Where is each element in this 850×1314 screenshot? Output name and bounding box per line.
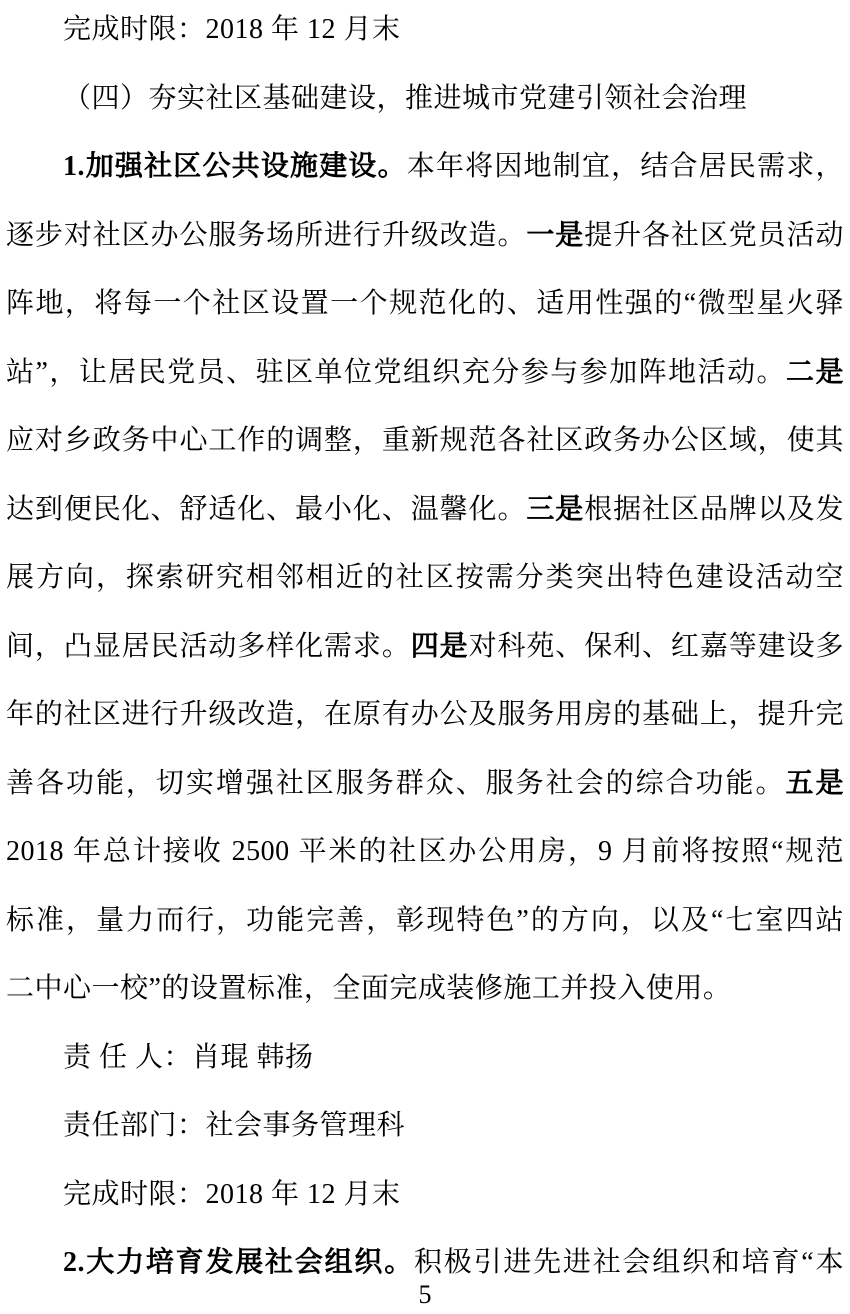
para1-line1: 1.加强社区公共设施建设。本年将因地制宜，结合居民需求， <box>6 133 844 202</box>
para1-line5: 应对乡政务中心工作的调整，重新规范各社区政务办公区域，使其 <box>6 407 844 476</box>
line-responsible-person: 责 任 人：肖琨 韩扬 <box>6 1024 844 1093</box>
text-run: 本年将因地制宜，结合居民需求， <box>407 151 844 182</box>
bold-text-run: 五是 <box>786 768 844 799</box>
document-page: 完成时限：2018 年 12 月末（四）夯实社区基础建设，推进城市党建引领社会治… <box>0 0 850 1314</box>
bold-text-run: 四是 <box>411 631 469 662</box>
para1-line13: 二中心一校”的设置标准，全面完成装修施工并投入使用。 <box>6 955 844 1024</box>
text-run: 2018 年总计接收 2500 平米的社区办公用房，9 月前将按照“规范 <box>6 836 844 867</box>
text-run: 二中心一校”的设置标准，全面完成装修施工并投入使用。 <box>6 973 731 1004</box>
text-run: 对科苑、保利、红嘉等建设多 <box>469 631 844 662</box>
text-run: 根据社区品牌以及发 <box>584 494 844 525</box>
bold-text-run: 2.大力培育发展社会组织。 <box>63 1247 414 1278</box>
bold-text-run: 三是 <box>526 494 584 525</box>
para1-line4: 站”，让居民党员、驻区单位党组织充分参与参加阵地活动。二是 <box>6 339 844 408</box>
text-run: 阵地，将每一个社区设置一个规范化的、适用性强的“微型星火驿 <box>6 288 844 319</box>
para1-line12: 标准，量力而行，功能完善，彰现特色”的方向，以及“七室四站 <box>6 887 844 956</box>
text-run: 站”，让居民党员、驻区单位党组织充分参与参加阵地活动。 <box>6 357 786 388</box>
para1-line9: 年的社区进行升级改造，在原有办公及服务用房的基础上，提升完 <box>6 681 844 750</box>
para1-line2: 逐步对社区办公服务场所进行升级改造。一是提升各社区党员活动 <box>6 202 844 271</box>
text-run: 应对乡政务中心工作的调整，重新规范各社区政务办公区域，使其 <box>6 425 844 456</box>
page-number: 5 <box>0 1280 850 1310</box>
text-run: 善各功能，切实增强社区服务群众、服务社会的综合功能。 <box>6 768 786 799</box>
text-run: 展方向，探索研究相邻相近的社区按需分类突出特色建设活动空 <box>6 562 844 593</box>
line-deadline-top: 完成时限：2018 年 12 月末 <box>6 0 844 65</box>
para1-line3: 阵地，将每一个社区设置一个规范化的、适用性强的“微型星火驿 <box>6 270 844 339</box>
text-run: 标准，量力而行，功能完善，彰现特色”的方向，以及“七室四站 <box>6 905 844 936</box>
para1-line8: 间，凸显居民活动多样化需求。四是对科苑、保利、红嘉等建设多 <box>6 613 844 682</box>
text-run: 积极引进先进社会组织和培育“本 <box>414 1247 844 1278</box>
para1-line6: 达到便民化、舒适化、最小化、温馨化。三是根据社区品牌以及发 <box>6 476 844 545</box>
text-run: 完成时限：2018 年 12 月末 <box>63 14 401 45</box>
document-body: 完成时限：2018 年 12 月末（四）夯实社区基础建设，推进城市党建引领社会治… <box>6 0 844 1298</box>
para1-line7: 展方向，探索研究相邻相近的社区按需分类突出特色建设活动空 <box>6 544 844 613</box>
para1-line11: 2018 年总计接收 2500 平米的社区办公用房，9 月前将按照“规范 <box>6 818 844 887</box>
text-run: 完成时限：2018 年 12 月末 <box>63 1179 401 1210</box>
bold-text-run: 一是 <box>526 220 584 251</box>
line-deadline-bottom: 完成时限：2018 年 12 月末 <box>6 1161 844 1230</box>
para1-line10: 善各功能，切实增强社区服务群众、服务社会的综合功能。五是 <box>6 750 844 819</box>
text-run: 达到便民化、舒适化、最小化、温馨化。 <box>6 494 526 525</box>
line-responsible-department: 责任部门：社会事务管理科 <box>6 1092 844 1161</box>
text-run: （四）夯实社区基础建设，推进城市党建引领社会治理 <box>63 83 747 114</box>
text-run: 逐步对社区办公服务场所进行升级改造。 <box>6 220 526 251</box>
heading-section-four: （四）夯实社区基础建设，推进城市党建引领社会治理 <box>6 65 844 134</box>
text-run: 责任部门：社会事务管理科 <box>63 1110 405 1141</box>
text-run: 间，凸显居民活动多样化需求。 <box>6 631 411 662</box>
text-run: 责 任 人：肖琨 韩扬 <box>63 1042 314 1073</box>
bold-text-run: 1.加强社区公共设施建设。 <box>63 151 407 182</box>
bold-text-run: 二是 <box>786 357 844 388</box>
text-run: 年的社区进行升级改造，在原有办公及服务用房的基础上，提升完 <box>6 699 844 730</box>
text-run: 提升各社区党员活动 <box>584 220 844 251</box>
